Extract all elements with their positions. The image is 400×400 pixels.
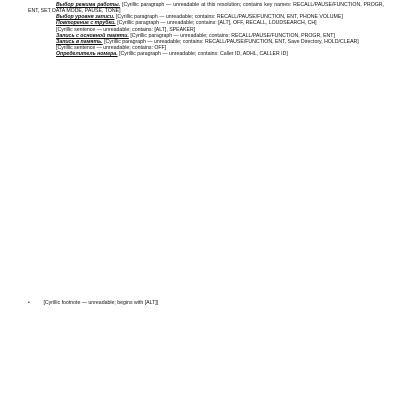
paragraph-caller-id: Определитель номера. [Cyrillic paragraph… <box>28 51 384 57</box>
section-heading: Запись в память. <box>56 39 103 45</box>
paragraph-recording-mode: Выбор режима работы. [Cyrillic paragraph… <box>28 2 384 14</box>
bullet-icon: • <box>28 300 42 306</box>
paragraph-text: [Cyrillic paragraph — unreadable; contai… <box>130 33 335 39</box>
paragraph-text: [Cyrillic paragraph — unreadable; contai… <box>119 51 288 57</box>
document-body: Выбор режима работы. [Cyrillic paragraph… <box>28 2 384 57</box>
footnote-text: [Cyrillic footnote — unreadable; begins … <box>43 300 158 306</box>
paragraph-text: [Cyrillic sentence — unreadable; contain… <box>56 45 166 51</box>
section-heading: Выбор режима работы. <box>56 2 120 8</box>
section-heading: Запись с основной памяти. <box>56 33 129 39</box>
paragraph-text: [Cyrillic paragraph — unreadable; contai… <box>104 39 359 45</box>
footnote: • [Cyrillic footnote — unreadable; begin… <box>28 300 328 306</box>
section-heading: Определитель номера. <box>56 51 118 57</box>
paragraph-text: [Cyrillic paragraph — unreadable; contai… <box>117 20 316 26</box>
paragraph-text: [Cyrillic sentence — unreadable; contain… <box>56 27 195 33</box>
section-heading: Повторение с трубки. <box>56 20 116 26</box>
